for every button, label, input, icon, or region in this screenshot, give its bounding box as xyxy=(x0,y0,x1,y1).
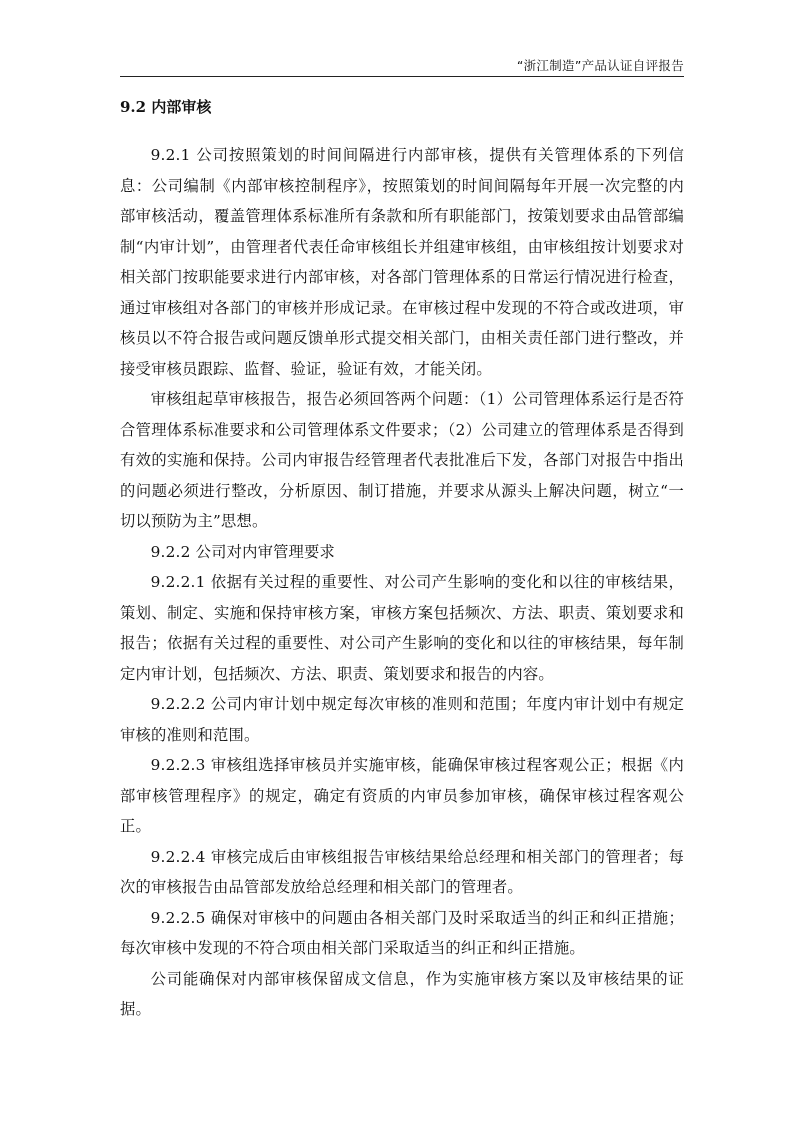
paragraph-9-2-2-1: 9.2.2.1 依据有关过程的重要性、对公司产生影响的变化和以往的审核结果，策划… xyxy=(120,567,684,689)
paragraph-9-2-2-5: 9.2.2.5 确保对审核中的问题由各相关部门及时采取适当的纠正和纠正措施；每次… xyxy=(120,903,684,964)
paragraph-9-2-1: 9.2.1 公司按照策划的时间间隔进行内部审核，提供有关管理体系的下列信息：公司… xyxy=(120,140,684,384)
section-title: 9.2 内部审核 xyxy=(120,96,211,117)
paragraph-9-2-2-3: 9.2.2.3 审核组选择审核员并实施审核，能确保审核过程客观公正；根据《内部审… xyxy=(120,750,684,842)
paragraph-9-2-2-4: 9.2.2.4 审核完成后由审核组报告审核结果给总经理和相关部门的管理者；每次的… xyxy=(120,842,684,903)
paragraph-9-2-2-2: 9.2.2.2 公司内审计划中规定每次审核的准则和范围；年度内审计划中有规定审核… xyxy=(120,689,684,750)
paragraph-audit-report: 审核组起草审核报告，报告必须回答两个问题：（1）公司管理体系运行是否符合管理体系… xyxy=(120,384,684,537)
paragraph-documented-info: 公司能确保对内部审核保留成文信息，作为实施审核方案以及审核结果的证据。 xyxy=(120,964,684,1025)
page-header: “浙江制造”产品认证自评报告 xyxy=(120,52,684,77)
subheading-9-2-2: 9.2.2 公司对内审管理要求 xyxy=(120,537,684,568)
document-body: 9.2.1 公司按照策划的时间间隔进行内部审核，提供有关管理体系的下列信息：公司… xyxy=(120,140,684,1025)
header-title: “浙江制造”产品认证自评报告 xyxy=(517,56,684,74)
